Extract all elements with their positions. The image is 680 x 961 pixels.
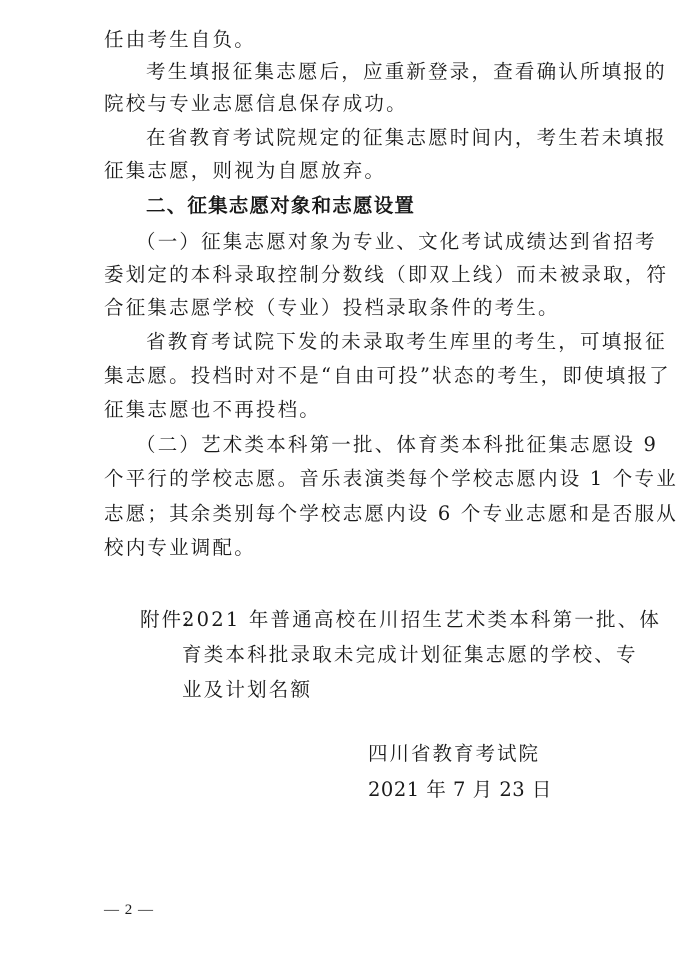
paragraph-line: 征集志愿，则视为自愿放弃。: [104, 159, 386, 183]
attachment-line: 育类本科批录取未完成计划征集志愿的学校、专: [182, 643, 638, 667]
signature-organization: 四川省教育考试院: [368, 742, 540, 766]
paragraph-line: 省教育考试院下发的未录取考生库里的考生，可填报征: [146, 330, 667, 354]
paragraph-line: 志愿；其余类别每个学校志愿内设 6 个专业志愿和是否服从: [104, 502, 678, 526]
signature-date: 2021 年 7 月 23 日: [368, 778, 552, 802]
paragraph-line: （一）征集志愿对象为专业、文化考试成绩达到省招考: [136, 230, 657, 254]
attachment-line: 2021 年普通高校在川招生艺术类本科第一批、体: [182, 608, 661, 632]
paragraph-line: 在省教育考试院规定的征集志愿时间内，考生若未填报: [146, 126, 667, 150]
paragraph-line: 集志愿。投档时对不是“自由可投”状态的考生，即使填报了: [104, 364, 671, 388]
paragraph-line: 任由考生自负。: [104, 28, 256, 52]
paragraph-line: 校内专业调配。: [104, 536, 256, 560]
paragraph-line: 委划定的本科录取控制分数线（即双上线）而未被录取，符: [104, 263, 668, 287]
section-heading: 二、征集志愿对象和志愿设置: [146, 194, 415, 218]
document-page: 任由考生自负。 考生填报征集志愿后，应重新登录，查看确认所填报的 院校与专业志愿…: [0, 0, 680, 961]
attachment-line: 业及计划名额: [182, 678, 312, 702]
paragraph-line: 考生填报征集志愿后，应重新登录，查看确认所填报的: [146, 60, 667, 84]
page-number: — 2 —: [104, 902, 154, 919]
paragraph-line: 个平行的学校志愿。音乐表演类每个学校志愿内设 1 个专业: [104, 467, 678, 491]
paragraph-line: 院校与专业志愿信息保存成功。: [104, 92, 408, 116]
paragraph-line: 合征集志愿学校（专业）投档录取条件的考生。: [104, 296, 560, 320]
paragraph-line: 征集志愿也不再投档。: [104, 398, 321, 422]
paragraph-line: （二）艺术类本科第一批、体育类本科批征集志愿设 9: [136, 433, 658, 457]
